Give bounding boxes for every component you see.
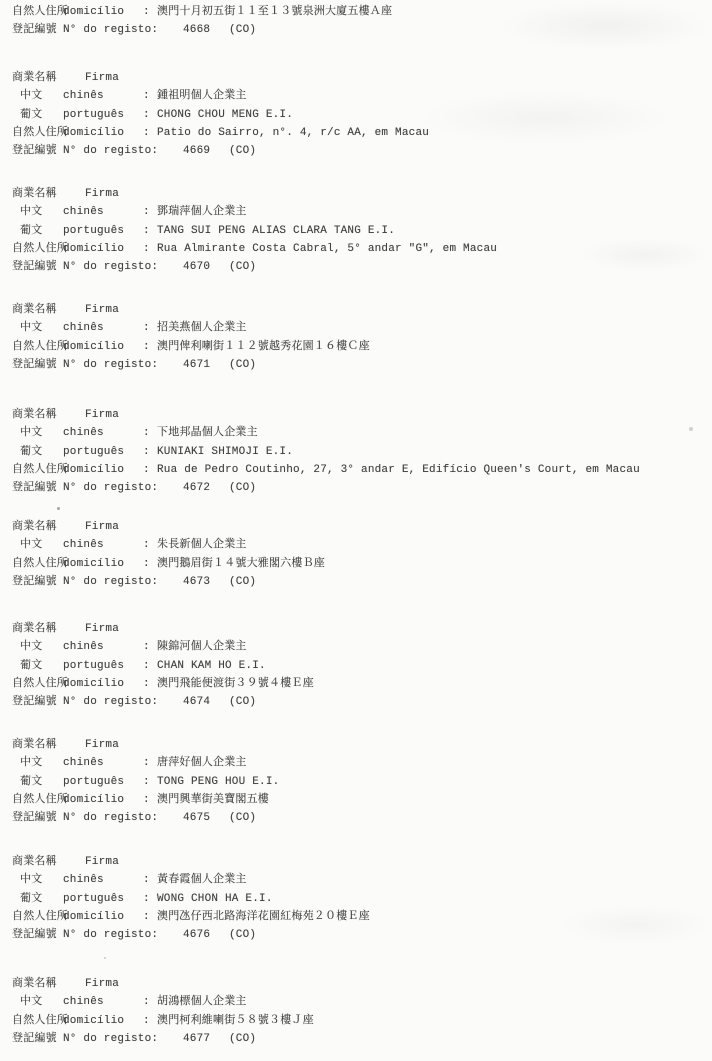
- business-name-label-zh: 商業名稱: [12, 975, 57, 993]
- business-name-label-pt: Firma: [85, 853, 119, 871]
- business-name-label-pt: Firma: [85, 406, 119, 424]
- colon: :: [143, 993, 150, 1011]
- scanned-document-page: 自然人住所 domicílio : 澳門十月初五街１１至１３號泉洲大廈五樓Ａ座 …: [0, 0, 712, 1061]
- registo-label-pt: N° do registo:: [63, 356, 158, 374]
- chinese-name-value: 朱長新個人企業主: [157, 536, 247, 554]
- chinese-label-pt: chinês: [63, 536, 104, 554]
- registo-label-zh: 登記編號: [12, 479, 57, 497]
- address-line: 自然人住所 domicílio : Rua de Pedro Coutinho,…: [12, 461, 712, 479]
- registo-label-zh: 登記編號: [12, 21, 57, 39]
- registo-suffix: (CO): [229, 573, 256, 591]
- registo-line: 登記編號 N° do registo: 4670 (CO): [12, 258, 712, 276]
- chinese-label-zh: 中文: [20, 638, 42, 656]
- business-name-label-zh: 商業名稱: [12, 518, 57, 536]
- registo-label-zh: 登記編號: [12, 573, 57, 591]
- colon: :: [143, 890, 150, 908]
- portuguese-label-zh: 葡文: [20, 443, 42, 461]
- portuguese-name-value: TANG SUI PENG ALIAS CLARA TANG E.I.: [157, 222, 395, 240]
- chinese-label-pt: chinês: [63, 319, 104, 337]
- colon: :: [143, 908, 150, 926]
- registo-suffix: (CO): [229, 693, 256, 711]
- business-name-label-pt: Firma: [85, 736, 119, 754]
- address-label-zh: 自然人住所: [12, 3, 68, 21]
- portuguese-label-pt: português: [63, 106, 124, 124]
- registo-label-zh: 登記編號: [12, 356, 57, 374]
- firma-line: 商業名稱 Firma: [12, 853, 712, 871]
- colon: :: [143, 319, 150, 337]
- address-label-zh: 自然人住所: [12, 908, 68, 926]
- chinese-name-value: 鄧瑞萍個人企業主: [157, 203, 247, 221]
- address-label-zh: 自然人住所: [12, 1012, 68, 1030]
- address-label-zh: 自然人住所: [12, 240, 68, 258]
- chinese-name-line: 中文 chinês : 鍾祖明個人企業主: [12, 87, 712, 105]
- address-line: 自然人住所 domicílio : 澳門鵝眉街１４號大雅閣六樓Ｂ座: [12, 555, 712, 573]
- colon: :: [143, 1012, 150, 1030]
- registo-label-pt: N° do registo:: [63, 258, 158, 276]
- business-name-label-zh: 商業名稱: [12, 185, 57, 203]
- registration-record-4669: 商業名稱 Firma 中文 chinês : 鍾祖明個人企業主 葡文 portu…: [12, 69, 712, 160]
- business-name-label-pt: Firma: [85, 301, 119, 319]
- registo-label-pt: N° do registo:: [63, 926, 158, 944]
- portuguese-label-zh: 葡文: [20, 657, 42, 675]
- colon: :: [143, 240, 150, 258]
- chinese-name-value: 胡鴻標個人企業主: [157, 993, 247, 1011]
- address-label-pt: domicílio: [63, 1012, 124, 1030]
- firma-line: 商業名稱 Firma: [12, 975, 712, 993]
- portuguese-name-line: 葡文 português : TONG PENG HOU E.I.: [12, 773, 712, 791]
- portuguese-name-line: 葡文 português : WONG CHON HA E.I.: [12, 890, 712, 908]
- registo-suffix: (CO): [229, 1030, 256, 1048]
- registo-line: 登記編號 N° do registo: 4672 (CO): [12, 479, 712, 497]
- registo-suffix: (CO): [229, 356, 256, 374]
- chinese-name-line: 中文 chinês : 黃春霞個人企業主: [12, 871, 712, 889]
- chinese-name-line: 中文 chinês : 招美燕個人企業主: [12, 319, 712, 337]
- registo-line: 登記編號 N° do registo: 4671 (CO): [12, 356, 712, 374]
- registo-label-pt: N° do registo:: [63, 573, 158, 591]
- portuguese-label-zh: 葡文: [20, 106, 42, 124]
- address-label-zh: 自然人住所: [12, 791, 68, 809]
- registo-number: 4668: [183, 21, 210, 39]
- registo-label-zh: 登記編號: [12, 142, 57, 160]
- colon: :: [143, 338, 150, 356]
- chinese-label-zh: 中文: [20, 87, 42, 105]
- business-name-label-pt: Firma: [85, 69, 119, 87]
- address-value: Rua Almirante Costa Cabral, 5° andar "G"…: [157, 240, 497, 258]
- address-value: 澳門飛能便渡街３９號４樓Ｅ座: [157, 675, 314, 693]
- registo-suffix: (CO): [229, 809, 256, 827]
- business-name-label-zh: 商業名稱: [12, 406, 57, 424]
- address-label-pt: domicílio: [63, 791, 124, 809]
- registo-suffix: (CO): [229, 479, 256, 497]
- address-label-zh: 自然人住所: [12, 461, 68, 479]
- scan-speck: [57, 507, 60, 510]
- colon: :: [143, 222, 150, 240]
- address-value: Rua de Pedro Coutinho, 27, 3° andar E, E…: [157, 461, 640, 479]
- address-label-zh: 自然人住所: [12, 338, 68, 356]
- business-name-label-zh: 商業名稱: [12, 301, 57, 319]
- business-name-label-zh: 商業名稱: [12, 620, 57, 638]
- firma-line: 商業名稱 Firma: [12, 736, 712, 754]
- chinese-name-value: 下地邦晶個人企業主: [157, 424, 258, 442]
- portuguese-label-pt: português: [63, 222, 124, 240]
- colon: :: [143, 773, 150, 791]
- portuguese-name-line: 葡文 português : TANG SUI PENG ALIAS CLARA…: [12, 222, 712, 240]
- registo-label-pt: N° do registo:: [63, 142, 158, 160]
- portuguese-label-zh: 葡文: [20, 890, 42, 908]
- portuguese-label-pt: português: [63, 657, 124, 675]
- registo-line: 登記編號 N° do registo: 4675 (CO): [12, 809, 712, 827]
- firma-line: 商業名稱 Firma: [12, 406, 712, 424]
- registo-suffix: (CO): [229, 258, 256, 276]
- registo-number: 4675: [183, 809, 210, 827]
- registration-record-4675: 商業名稱 Firma 中文 chinês : 唐萍好個人企業主 葡文 portu…: [12, 736, 712, 827]
- chinese-label-pt: chinês: [63, 638, 104, 656]
- registo-label-pt: N° do registo:: [63, 21, 158, 39]
- chinese-label-pt: chinês: [63, 203, 104, 221]
- business-name-label-pt: Firma: [85, 620, 119, 638]
- chinese-label-zh: 中文: [20, 424, 42, 442]
- address-line: 自然人住所 domicílio : Patio do Sairro, n°. 4…: [12, 124, 712, 142]
- chinese-name-line: 中文 chinês : 下地邦晶個人企業主: [12, 424, 712, 442]
- chinese-label-zh: 中文: [20, 871, 42, 889]
- chinese-name-value: 唐萍好個人企業主: [157, 754, 247, 772]
- colon: :: [143, 461, 150, 479]
- registo-number: 4671: [183, 356, 210, 374]
- registration-record-4673: 商業名稱 Firma 中文 chinês : 朱長新個人企業主 自然人住所 do…: [12, 518, 712, 591]
- registo-line: 登記編號 N° do registo: 4674 (CO): [12, 693, 712, 711]
- registo-number: 4674: [183, 693, 210, 711]
- address-value: 澳門鵝眉街１４號大雅閣六樓Ｂ座: [157, 555, 325, 573]
- firma-line: 商業名稱 Firma: [12, 69, 712, 87]
- registration-record-4670: 商業名稱 Firma 中文 chinês : 鄧瑞萍個人企業主 葡文 portu…: [12, 185, 712, 276]
- address-label-pt: domicílio: [63, 338, 124, 356]
- scan-speck: [104, 957, 106, 959]
- portuguese-label-zh: 葡文: [20, 773, 42, 791]
- registo-number: 4669: [183, 142, 210, 160]
- address-value: 澳門俾利喇街１１２號越秀花園１６樓Ｃ座: [157, 338, 370, 356]
- registo-label-zh: 登記編號: [12, 258, 57, 276]
- colon: :: [143, 536, 150, 554]
- registo-label-pt: N° do registo:: [63, 1030, 158, 1048]
- registo-label-pt: N° do registo:: [63, 479, 158, 497]
- address-value: 澳門柯利維喇街５８號３樓Ｊ座: [157, 1012, 314, 1030]
- address-line: 自然人住所 domicílio : 澳門氹仔西北路海洋花園紅梅苑２０樓Ｅ座: [12, 908, 712, 926]
- address-value: Patio do Sairro, n°. 4, r/c AA, em Macau: [157, 124, 429, 142]
- registo-line: 登記編號 N° do registo: 4676 (CO): [12, 926, 712, 944]
- registo-number: 4677: [183, 1030, 210, 1048]
- portuguese-name-value: WONG CHON HA E.I.: [157, 890, 273, 908]
- chinese-label-zh: 中文: [20, 754, 42, 772]
- chinese-label-pt: chinês: [63, 871, 104, 889]
- colon: :: [143, 443, 150, 461]
- registo-suffix: (CO): [229, 142, 256, 160]
- address-label-pt: domicílio: [63, 675, 124, 693]
- colon: :: [143, 657, 150, 675]
- address-label-zh: 自然人住所: [12, 124, 68, 142]
- colon: :: [143, 638, 150, 656]
- firma-line: 商業名稱 Firma: [12, 620, 712, 638]
- colon: :: [143, 675, 150, 693]
- business-name-label-zh: 商業名稱: [12, 69, 57, 87]
- address-label-zh: 自然人住所: [12, 555, 68, 573]
- address-line: 自然人住所 domicílio : Rua Almirante Costa Ca…: [12, 240, 712, 258]
- address-label-pt: domicílio: [63, 124, 124, 142]
- registo-number: 4676: [183, 926, 210, 944]
- portuguese-name-value: CHONG CHOU MENG E.I.: [157, 106, 293, 124]
- address-label-pt: domicílio: [63, 240, 124, 258]
- registo-number: 4672: [183, 479, 210, 497]
- registration-record-4674: 商業名稱 Firma 中文 chinês : 陳錦河個人企業主 葡文 portu…: [12, 620, 712, 711]
- registration-record-4668: 自然人住所 domicílio : 澳門十月初五街１１至１３號泉洲大廈五樓Ａ座 …: [12, 3, 712, 40]
- registration-record-4672: 商業名稱 Firma 中文 chinês : 下地邦晶個人企業主 葡文 port…: [12, 406, 712, 497]
- address-value: 澳門興華街美寶閣五樓: [157, 791, 269, 809]
- registo-label-zh: 登記編號: [12, 926, 57, 944]
- firma-line: 商業名稱 Firma: [12, 518, 712, 536]
- colon: :: [143, 791, 150, 809]
- registo-label-pt: N° do registo:: [63, 693, 158, 711]
- portuguese-name-line: 葡文 português : KUNIAKI SHIMOJI E.I.: [12, 443, 712, 461]
- address-label-zh: 自然人住所: [12, 675, 68, 693]
- address-line: 自然人住所 domicílio : 澳門飛能便渡街３９號４樓Ｅ座: [12, 675, 712, 693]
- chinese-label-pt: chinês: [63, 424, 104, 442]
- registration-record-4677: 商業名稱 Firma 中文 chinês : 胡鴻標個人企業主 自然人住所 do…: [12, 975, 712, 1048]
- chinese-label-zh: 中文: [20, 993, 42, 1011]
- firma-line: 商業名稱 Firma: [12, 301, 712, 319]
- business-name-label-zh: 商業名稱: [12, 853, 57, 871]
- registo-line: 登記編號 N° do registo: 4668 (CO): [12, 21, 712, 39]
- registration-record-4676: 商業名稱 Firma 中文 chinês : 黃春霞個人企業主 葡文 portu…: [12, 853, 712, 944]
- chinese-name-line: 中文 chinês : 唐萍好個人企業主: [12, 754, 712, 772]
- address-label-pt: domicílio: [63, 461, 124, 479]
- chinese-name-line: 中文 chinês : 鄧瑞萍個人企業主: [12, 203, 712, 221]
- portuguese-label-pt: português: [63, 443, 124, 461]
- address-value: 澳門氹仔西北路海洋花園紅梅苑２０樓Ｅ座: [157, 908, 370, 926]
- registo-number: 4673: [183, 573, 210, 591]
- registo-line: 登記編號 N° do registo: 4677 (CO): [12, 1030, 712, 1048]
- portuguese-label-pt: português: [63, 890, 124, 908]
- registo-suffix: (CO): [229, 21, 256, 39]
- registo-suffix: (CO): [229, 926, 256, 944]
- business-name-label-pt: Firma: [85, 975, 119, 993]
- registo-line: 登記編號 N° do registo: 4673 (CO): [12, 573, 712, 591]
- portuguese-label-zh: 葡文: [20, 222, 42, 240]
- business-name-label-zh: 商業名稱: [12, 736, 57, 754]
- portuguese-name-value: CHAN KAM HO E.I.: [157, 657, 266, 675]
- chinese-label-zh: 中文: [20, 319, 42, 337]
- registo-label-zh: 登記編號: [12, 693, 57, 711]
- colon: :: [143, 87, 150, 105]
- chinese-label-zh: 中文: [20, 203, 42, 221]
- address-value: 澳門十月初五街１１至１３號泉洲大廈五樓Ａ座: [157, 3, 392, 21]
- chinese-name-value: 招美燕個人企業主: [157, 319, 247, 337]
- chinese-name-line: 中文 chinês : 朱長新個人企業主: [12, 536, 712, 554]
- registo-label-zh: 登記編號: [12, 1030, 57, 1048]
- chinese-label-zh: 中文: [20, 536, 42, 554]
- registration-record-4671: 商業名稱 Firma 中文 chinês : 招美燕個人企業主 自然人住所 do…: [12, 301, 712, 374]
- chinese-name-line: 中文 chinês : 陳錦河個人企業主: [12, 638, 712, 656]
- colon: :: [143, 3, 150, 21]
- chinese-label-pt: chinês: [63, 993, 104, 1011]
- address-line: 自然人住所 domicílio : 澳門十月初五街１１至１３號泉洲大廈五樓Ａ座: [12, 3, 712, 21]
- address-line: 自然人住所 domicílio : 澳門柯利維喇街５８號３樓Ｊ座: [12, 1012, 712, 1030]
- portuguese-name-line: 葡文 português : CHONG CHOU MENG E.I.: [12, 106, 712, 124]
- colon: :: [143, 754, 150, 772]
- chinese-name-value: 黃春霞個人企業主: [157, 871, 247, 889]
- chinese-name-line: 中文 chinês : 胡鴻標個人企業主: [12, 993, 712, 1011]
- address-line: 自然人住所 domicílio : 澳門俾利喇街１１２號越秀花園１６樓Ｃ座: [12, 338, 712, 356]
- colon: :: [143, 203, 150, 221]
- portuguese-name-line: 葡文 português : CHAN KAM HO E.I.: [12, 657, 712, 675]
- colon: :: [143, 124, 150, 142]
- address-label-pt: domicílio: [63, 908, 124, 926]
- chinese-label-pt: chinês: [63, 87, 104, 105]
- chinese-name-value: 鍾祖明個人企業主: [157, 87, 247, 105]
- business-name-label-pt: Firma: [85, 518, 119, 536]
- firma-line: 商業名稱 Firma: [12, 185, 712, 203]
- address-label-pt: domicílio: [63, 555, 124, 573]
- portuguese-name-value: TONG PENG HOU E.I.: [157, 773, 279, 791]
- chinese-label-pt: chinês: [63, 754, 104, 772]
- chinese-name-value: 陳錦河個人企業主: [157, 638, 247, 656]
- business-name-label-pt: Firma: [85, 185, 119, 203]
- registo-line: 登記編號 N° do registo: 4669 (CO): [12, 142, 712, 160]
- colon: :: [143, 871, 150, 889]
- address-label-pt: domicílio: [63, 3, 124, 21]
- colon: :: [143, 106, 150, 124]
- registo-label-pt: N° do registo:: [63, 809, 158, 827]
- colon: :: [143, 424, 150, 442]
- portuguese-name-value: KUNIAKI SHIMOJI E.I.: [157, 443, 293, 461]
- registo-label-zh: 登記編號: [12, 809, 57, 827]
- address-line: 自然人住所 domicílio : 澳門興華街美寶閣五樓: [12, 791, 712, 809]
- colon: :: [143, 555, 150, 573]
- portuguese-label-pt: português: [63, 773, 124, 791]
- registo-number: 4670: [183, 258, 210, 276]
